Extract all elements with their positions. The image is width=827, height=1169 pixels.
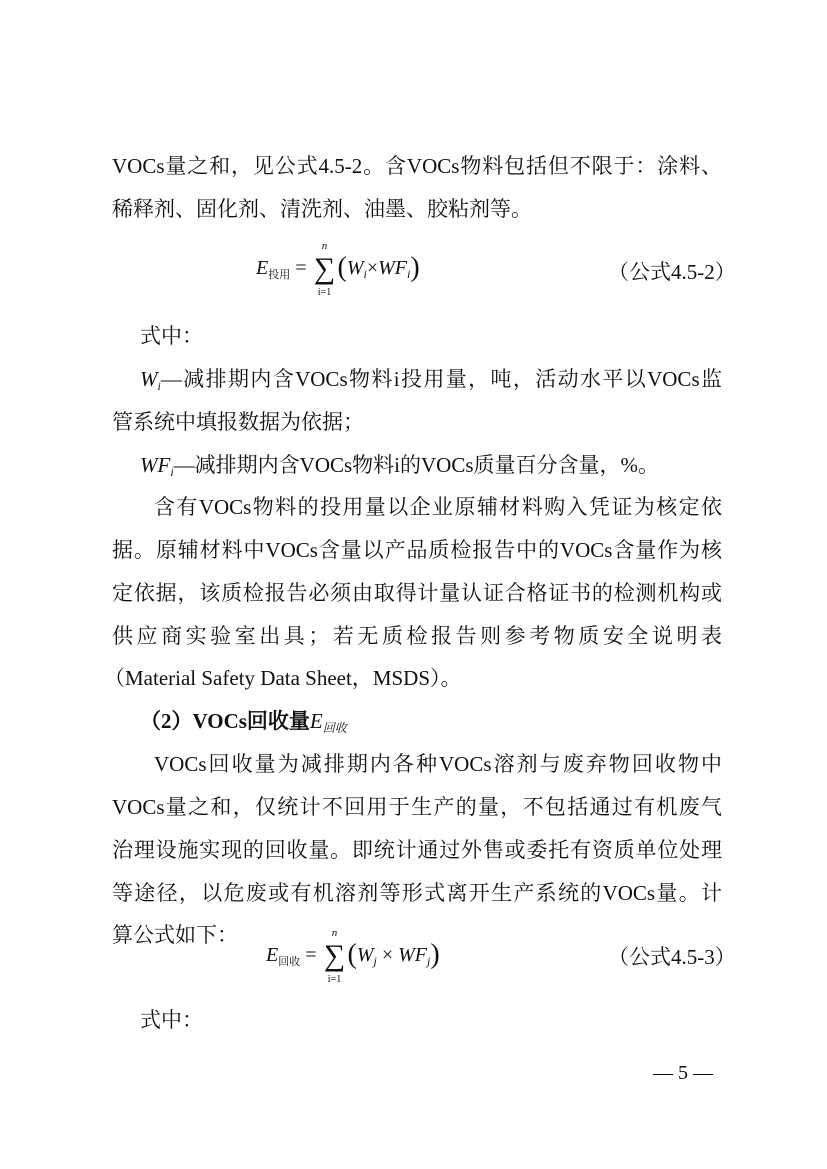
formula-symbol: W xyxy=(357,944,374,966)
paragraph-line: 据。原辅材料中VOCs含量以产品质检报告中的VOCs含量作为核 xyxy=(112,536,722,564)
paragraph-line: （Material Safety Data Sheet，MSDS）。 xyxy=(104,664,714,692)
formula-subscript: j xyxy=(374,954,377,968)
formula-symbol: WF xyxy=(398,944,427,966)
equals-sign: = xyxy=(305,944,316,966)
heading-text: （2）VOCs回收量 xyxy=(140,709,310,733)
close-paren: ) xyxy=(430,939,439,970)
paragraph-line: 管系统中填报数据为依据； xyxy=(112,408,722,436)
paragraph-line: 治理设施实现的回收量。即统计通过外售或委托有资质单位处理 xyxy=(112,836,722,864)
section-heading: （2）VOCs回收量E回收 xyxy=(140,707,750,742)
formula-symbol: WF xyxy=(140,453,170,477)
times-sign: × xyxy=(382,944,393,966)
formula-symbol: W xyxy=(347,257,364,279)
formula-symbol: W xyxy=(140,367,158,391)
formula-symbol: WF xyxy=(378,257,407,279)
formula-symbol: E xyxy=(256,257,268,279)
summation: n ∑ i=1 xyxy=(322,941,348,971)
sum-upper-limit: n xyxy=(322,927,348,939)
paragraph-line: 等途径，以危废或有机溶剂等形式离开生产系统的VOCs量。计 xyxy=(112,879,722,907)
formula-symbol: E xyxy=(310,709,323,733)
formula-subscript: 回收 xyxy=(323,721,347,735)
formula-number: （公式4.5-2） xyxy=(608,256,736,286)
formula-subscript: 投用 xyxy=(268,269,290,281)
formula-number: （公式4.5-3） xyxy=(608,941,736,971)
sum-upper-limit: n xyxy=(312,240,338,252)
paragraph-line: VOCs量之和，见公式4.5-2。含VOCs物料包括但不限于：涂料、 xyxy=(112,152,722,180)
definition-wf: WFi—减排期内含VOCs物料i的VOCs质量百分含量，%。 xyxy=(140,451,750,486)
formula-subscript: 回收 xyxy=(278,956,300,968)
paragraph-line: VOCs量之和，仅统计不回用于生产的量，不包括通过有机废气 xyxy=(112,793,722,821)
formula-4-5-2: E投用 = n ∑ i=1 (Wi×WFi) xyxy=(256,252,420,284)
sum-lower-limit: i=1 xyxy=(312,287,338,298)
sigma-icon: ∑ xyxy=(324,939,345,972)
sigma-icon: ∑ xyxy=(314,252,335,285)
open-paren: ( xyxy=(338,252,347,283)
where-label: 式中： xyxy=(140,322,750,350)
formula-4-5-3: E回收 = n ∑ i=1 (Wj × WFj) xyxy=(266,939,440,971)
page-number: — 5 — xyxy=(653,1062,713,1085)
times-sign: × xyxy=(367,257,378,279)
close-paren: ) xyxy=(410,252,419,283)
definition-text: —减排期内含VOCs物料i投用量，吨，活动水平以VOCs监 xyxy=(161,367,722,391)
paragraph-line: 稀释剂、固化剂、清洗剂、油墨、胶粘剂等。 xyxy=(112,195,722,223)
where-label: 式中： xyxy=(140,1006,750,1034)
equals-sign: = xyxy=(295,257,306,279)
paragraph-line: 定依据，该质检报告必须由取得计量认证合格证书的检测机构或 xyxy=(112,579,722,607)
formula-symbol: E xyxy=(266,944,278,966)
summation: n ∑ i=1 xyxy=(312,254,338,284)
open-paren: ( xyxy=(348,939,357,970)
definition-text: —减排期内含VOCs物料i的VOCs质量百分含量，%。 xyxy=(174,453,659,477)
definition-w: Wi—减排期内含VOCs物料i投用量，吨，活动水平以VOCs监 xyxy=(140,365,722,400)
sum-lower-limit: i=1 xyxy=(322,974,348,985)
paragraph-line: 含有VOCs物料的投用量以企业原辅材料购入凭证为核定依 xyxy=(154,493,722,521)
paragraph-line: VOCs回收量为减排期内各种VOCs溶剂与废弃物回收物中 xyxy=(154,750,722,778)
paragraph-line: 供应商实验室出具；若无质检报告则参考物质安全说明表 xyxy=(112,622,722,650)
